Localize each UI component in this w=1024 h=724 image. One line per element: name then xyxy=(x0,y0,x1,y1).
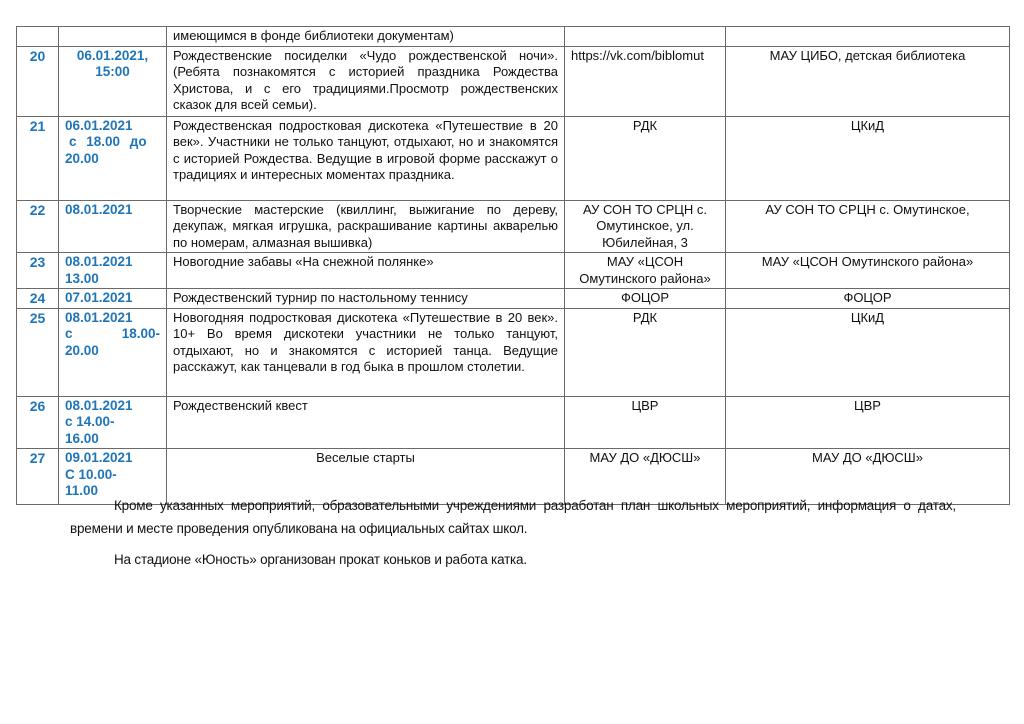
date-line: 06.01.2021, xyxy=(65,48,160,65)
row-place: РДК xyxy=(565,116,726,200)
table-row: 24 07.01.2021 Рождественский турнир по н… xyxy=(17,289,1010,309)
row-description: имеющимся в фонде библиотеки документам) xyxy=(167,27,565,47)
date-line: 06.01.2021 xyxy=(65,118,160,135)
date-line: 08.01.2021 xyxy=(65,254,160,271)
row-number: 26 xyxy=(17,396,59,449)
row-description: Рождественский квест xyxy=(167,396,565,449)
row-date: 07.01.2021 xyxy=(59,289,167,309)
row-description: Творческие мастерские (квиллинг, выжиган… xyxy=(167,200,565,253)
date-line: 08.01.2021 xyxy=(65,202,160,219)
row-description: Рождественская подростковая дискотека «П… xyxy=(167,116,565,200)
time-line: с 18.00 до xyxy=(65,134,160,151)
row-date: 08.01.2021 13.00 xyxy=(59,253,167,289)
row-number: 20 xyxy=(17,46,59,116)
time-line: с 14.00- xyxy=(65,414,160,431)
time-line: С 10.00- xyxy=(65,467,160,484)
date-line: 08.01.2021 xyxy=(65,398,160,415)
row-date: 08.01.2021 с18.00- 20.00 xyxy=(59,308,167,396)
date-line: 09.01.2021 xyxy=(65,450,160,467)
row-date: 08.01.2021 с 14.00- 16.00 xyxy=(59,396,167,449)
row-organizer: ЦКиД xyxy=(726,116,1010,200)
row-organizer: МАУ «ЦСОН Омутинского района» xyxy=(726,253,1010,289)
row-number: 21 xyxy=(17,116,59,200)
paragraph-school-events: Кроме указанных мероприятий, образовател… xyxy=(70,494,956,540)
table-row: 21 06.01.2021 с 18.00 до 20.00 Рождестве… xyxy=(17,116,1010,200)
table-row: 22 08.01.2021 Творческие мастерские (кви… xyxy=(17,200,1010,253)
row-number: 25 xyxy=(17,308,59,396)
row-place: ФОЦОР xyxy=(565,289,726,309)
row-organizer: ЦКиД xyxy=(726,308,1010,396)
row-number xyxy=(17,27,59,47)
time-line: 15:00 xyxy=(65,64,160,81)
row-place: РДК xyxy=(565,308,726,396)
row-number: 22 xyxy=(17,200,59,253)
date-line: 07.01.2021 xyxy=(65,290,160,307)
row-organizer: ЦВР xyxy=(726,396,1010,449)
row-organizer: МАУ ЦИБО, детская библиотека xyxy=(726,46,1010,116)
time-line: 16.00 xyxy=(65,431,160,448)
events-table: имеющимся в фонде библиотеки документам)… xyxy=(16,26,1010,505)
row-description: Рождественские посиделки «Чудо рождестве… xyxy=(167,46,565,116)
row-place: АУ СОН ТО СРЦН с. Омутинское, ул. Юбилей… xyxy=(565,200,726,253)
paragraph-text: Кроме указанных мероприятий, образовател… xyxy=(70,498,956,536)
table-row: 20 06.01.2021, 15:00 Рождественские поси… xyxy=(17,46,1010,116)
row-number: 27 xyxy=(17,449,59,505)
time-line: 13.00 xyxy=(65,271,160,288)
row-place-link[interactable]: https://vk.com/biblomut xyxy=(565,46,726,116)
table-row: 25 08.01.2021 с18.00- 20.00 Новогодняя п… xyxy=(17,308,1010,396)
row-date: 06.01.2021, 15:00 xyxy=(59,46,167,116)
row-organizer: ФОЦОР xyxy=(726,289,1010,309)
row-date: 08.01.2021 xyxy=(59,200,167,253)
row-number: 24 xyxy=(17,289,59,309)
row-description: Рождественский турнир по настольному тен… xyxy=(167,289,565,309)
paragraph-text: На стадионе «Юность» организован прокат … xyxy=(114,552,527,567)
table-row: имеющимся в фонде библиотеки документам) xyxy=(17,27,1010,47)
time-line: 20.00 xyxy=(65,151,160,168)
row-place: ЦВР xyxy=(565,396,726,449)
row-date: 06.01.2021 с 18.00 до 20.00 xyxy=(59,116,167,200)
row-place xyxy=(565,27,726,47)
row-organizer: АУ СОН ТО СРЦН с. Омутинское, xyxy=(726,200,1010,253)
row-description: Новогодняя подростковая дискотека «Путеш… xyxy=(167,308,565,396)
row-description: Новогодние забавы «На снежной полянке» xyxy=(167,253,565,289)
table-row: 26 08.01.2021 с 14.00- 16.00 Рождественс… xyxy=(17,396,1010,449)
row-number: 23 xyxy=(17,253,59,289)
time-line: 20.00 xyxy=(65,343,160,360)
row-organizer xyxy=(726,27,1010,47)
date-line: 08.01.2021 xyxy=(65,310,160,327)
time-line: с18.00- xyxy=(65,326,160,343)
row-place: МАУ «ЦСОН Омутинского района» xyxy=(565,253,726,289)
paragraph-skating-rink: На стадионе «Юность» организован прокат … xyxy=(70,548,956,571)
table-row: 23 08.01.2021 13.00 Новогодние забавы «Н… xyxy=(17,253,1010,289)
row-date xyxy=(59,27,167,47)
